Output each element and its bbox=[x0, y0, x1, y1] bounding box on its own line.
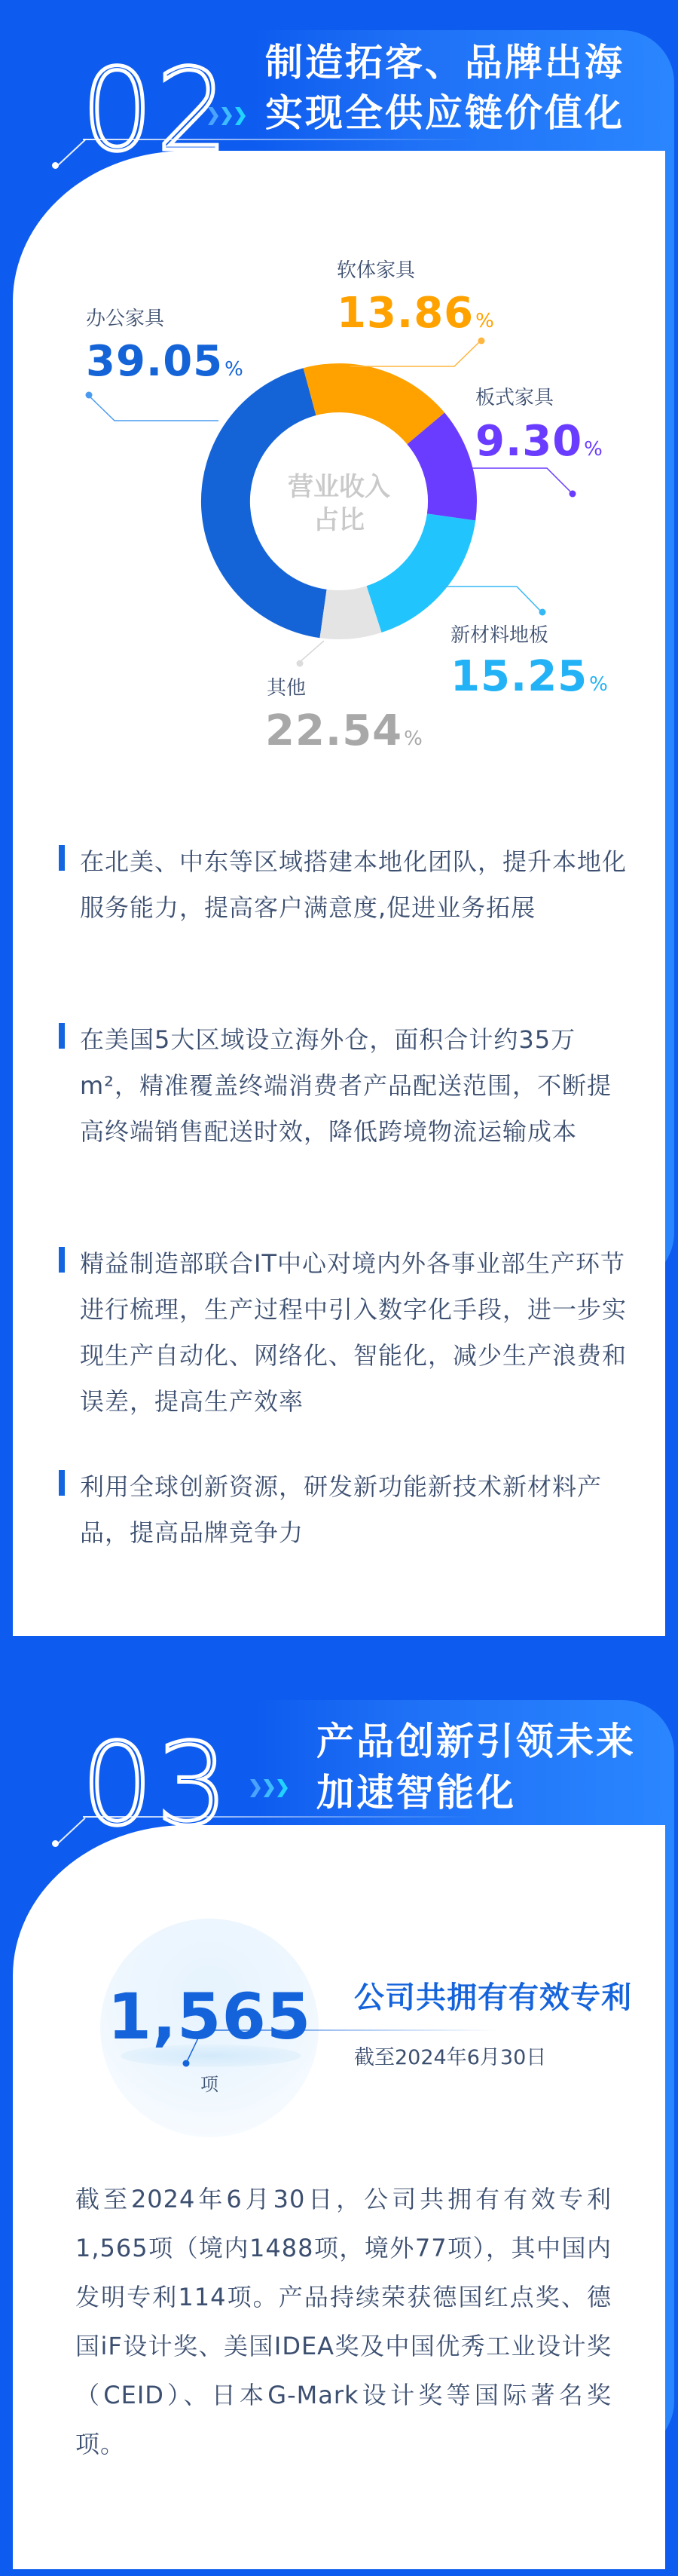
chevron-icon bbox=[264, 1779, 274, 1797]
chevron-icon bbox=[250, 1779, 261, 1797]
callout-line-flooring bbox=[441, 587, 542, 612]
bullet-text: 在北美、中东等区域搭建本地化团队，提升本地化服务能力，提高客户满意度,促进业务拓… bbox=[80, 839, 631, 931]
label-office-value: 39.05% bbox=[86, 341, 244, 383]
label-panel-name: 板式家具 bbox=[475, 388, 554, 408]
label-sofa-value: 13.86% bbox=[337, 293, 495, 335]
bullet-marker bbox=[59, 1247, 65, 1273]
callout-line-sofa bbox=[350, 341, 481, 366]
bullet-item: 在北美、中东等区域搭建本地化团队，提升本地化服务能力，提高客户满意度,促进业务拓… bbox=[59, 839, 631, 931]
label-other-name: 其他 bbox=[267, 678, 306, 698]
bullet-text: 利用全球创新资源，研发新功能新技术新材料产品，提高品牌竞争力 bbox=[80, 1464, 631, 1556]
label-sofa-name: 软体家具 bbox=[337, 261, 415, 280]
callout-line-other bbox=[300, 641, 324, 662]
section3-header-underline bbox=[83, 1816, 475, 1818]
bullet-item: 在美国5大区域设立海外仓，面积合计约35万m²，精准覆盖终端消费者产品配送范围，… bbox=[59, 1017, 631, 1155]
revenue-donut-chart: 营业收入 占比 办公家具 39.05% 软体家具 13.86% 板式家具 9.3… bbox=[0, 0, 678, 829]
section3-title-line1: 产品创新引领未来 bbox=[316, 1723, 636, 1760]
label-flooring-name: 新材料地板 bbox=[450, 626, 548, 645]
bullet-item: 利用全球创新资源，研发新功能新技术新材料产品，提高品牌竞争力 bbox=[59, 1464, 631, 1556]
bullet-item: 精益制造部联合IT中心对境内外各事业部生产环节进行梳理，生产过程中引入数字化手段… bbox=[59, 1241, 631, 1425]
label-other-value: 22.54% bbox=[265, 710, 423, 752]
patent-paragraph: 截至2024年6月30日，公司共拥有有效专利1,565项（境内1488项，境外7… bbox=[75, 2175, 612, 2469]
patent-date: 截至2024年6月30日 bbox=[354, 2048, 546, 2068]
bullet-text: 在美国5大区域设立海外仓，面积合计约35万m²，精准覆盖终端消费者产品配送范围，… bbox=[80, 1017, 631, 1155]
chevron-icon bbox=[277, 1779, 288, 1797]
callout-line-office bbox=[89, 396, 218, 421]
donut-center-label-2: 占比 bbox=[264, 504, 414, 537]
label-office-name: 办公家具 bbox=[86, 309, 164, 329]
donut-center-label-1: 营业收入 bbox=[264, 470, 414, 504]
bullet-marker bbox=[59, 1470, 65, 1496]
bullet-text: 精益制造部联合IT中心对境内外各事业部生产环节进行梳理，生产过程中引入数字化手段… bbox=[80, 1241, 631, 1425]
section3-header-dot bbox=[52, 1840, 59, 1847]
label-flooring-value: 15.25% bbox=[450, 656, 609, 698]
patent-title: 公司共拥有有效专利 bbox=[354, 1983, 632, 2013]
section3-chevrons bbox=[250, 1779, 288, 1797]
patent-unit: 项 bbox=[100, 2075, 319, 2094]
bullet-marker bbox=[59, 1023, 65, 1049]
bullet-marker bbox=[59, 845, 65, 871]
section3-title-line2: 加速智能化 bbox=[316, 1774, 516, 1812]
label-panel-value: 9.30% bbox=[475, 421, 603, 463]
callout-line-panel bbox=[469, 468, 572, 493]
